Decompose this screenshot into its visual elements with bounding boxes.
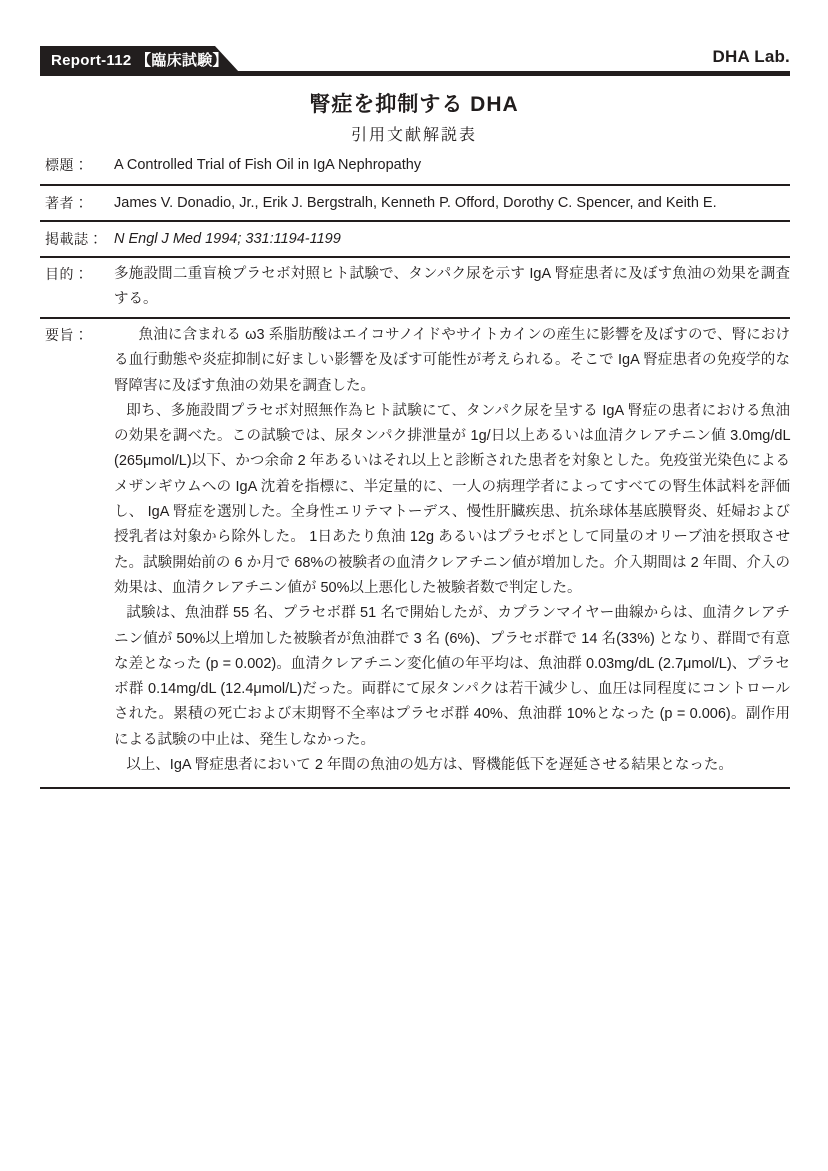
row-content-title: A Controlled Trial of Fish Oil in IgA Ne… — [114, 153, 790, 178]
header-rule — [40, 71, 790, 76]
row-content-purpose: 多施設間二重盲検プラセボ対照ヒト試験で、タンパク尿を示す IgA 腎症患者に及ぼ… — [114, 262, 790, 312]
abstract-paragraph-3: 試験は、魚油群 55 名、プラセボ群 51 名で開始したが、カプランマイヤー曲線… — [114, 601, 790, 753]
row-content-journal: N Engl J Med 1994; 331:1194-1199 — [114, 227, 790, 252]
report-number-label: Report-112 【臨床試験】 — [40, 49, 228, 70]
table-row-title: 標題： A Controlled Trial of Fish Oil in Ig… — [40, 146, 790, 186]
table-row-abstract: 要旨： 魚油に含まれる ω3 系脂肪酸はエイコサノイドやサイトカインの産生に影響… — [40, 319, 790, 789]
brand-logo-text: DHA Lab. — [713, 47, 790, 67]
row-label-journal: 掲載誌： — [40, 227, 114, 252]
abstract-paragraph-1: 魚油に含まれる ω3 系脂肪酸はエイコサノイドやサイトカインの産生に影響を及ぼす… — [114, 323, 790, 399]
row-content-abstract: 魚油に含まれる ω3 系脂肪酸はエイコサノイドやサイトカインの産生に影響を及ぼす… — [114, 323, 790, 778]
report-number-tab: Report-112 【臨床試験】 — [40, 46, 239, 72]
row-label-abstract: 要旨： — [40, 323, 114, 778]
row-content-authors: James V. Donadio, Jr., Erik J. Bergstral… — [114, 191, 790, 216]
document-page: Report-112 【臨床試験】 DHA Lab. 腎症を抑制する DHA 引… — [0, 0, 828, 1171]
page-subtitle: 引用文献解説表 — [0, 122, 828, 145]
row-label-title: 標題： — [40, 153, 114, 178]
table-row-authors: 著者： James V. Donadio, Jr., Erik J. Bergs… — [40, 186, 790, 222]
page-header: Report-112 【臨床試験】 DHA Lab. — [40, 46, 790, 77]
table-row-purpose: 目的： 多施設間二重盲検プラセボ対照ヒト試験で、タンパク尿を示す IgA 腎症患… — [40, 258, 790, 319]
abstract-paragraph-2: 即ち、多施設間プラセボ対照無作為ヒト試験にて、タンパク尿を呈する IgA 腎症の… — [114, 399, 790, 601]
page-title: 腎症を抑制する DHA — [0, 88, 828, 118]
row-label-purpose: 目的： — [40, 262, 114, 312]
table-row-journal: 掲載誌： N Engl J Med 1994; 331:1194-1199 — [40, 222, 790, 258]
abstract-paragraph-4: 以上、IgA 腎症患者において 2 年間の魚油の処方は、腎機能低下を遅延させる結… — [114, 753, 790, 778]
reference-table: 標題： A Controlled Trial of Fish Oil in Ig… — [40, 146, 790, 789]
row-label-authors: 著者： — [40, 191, 114, 216]
